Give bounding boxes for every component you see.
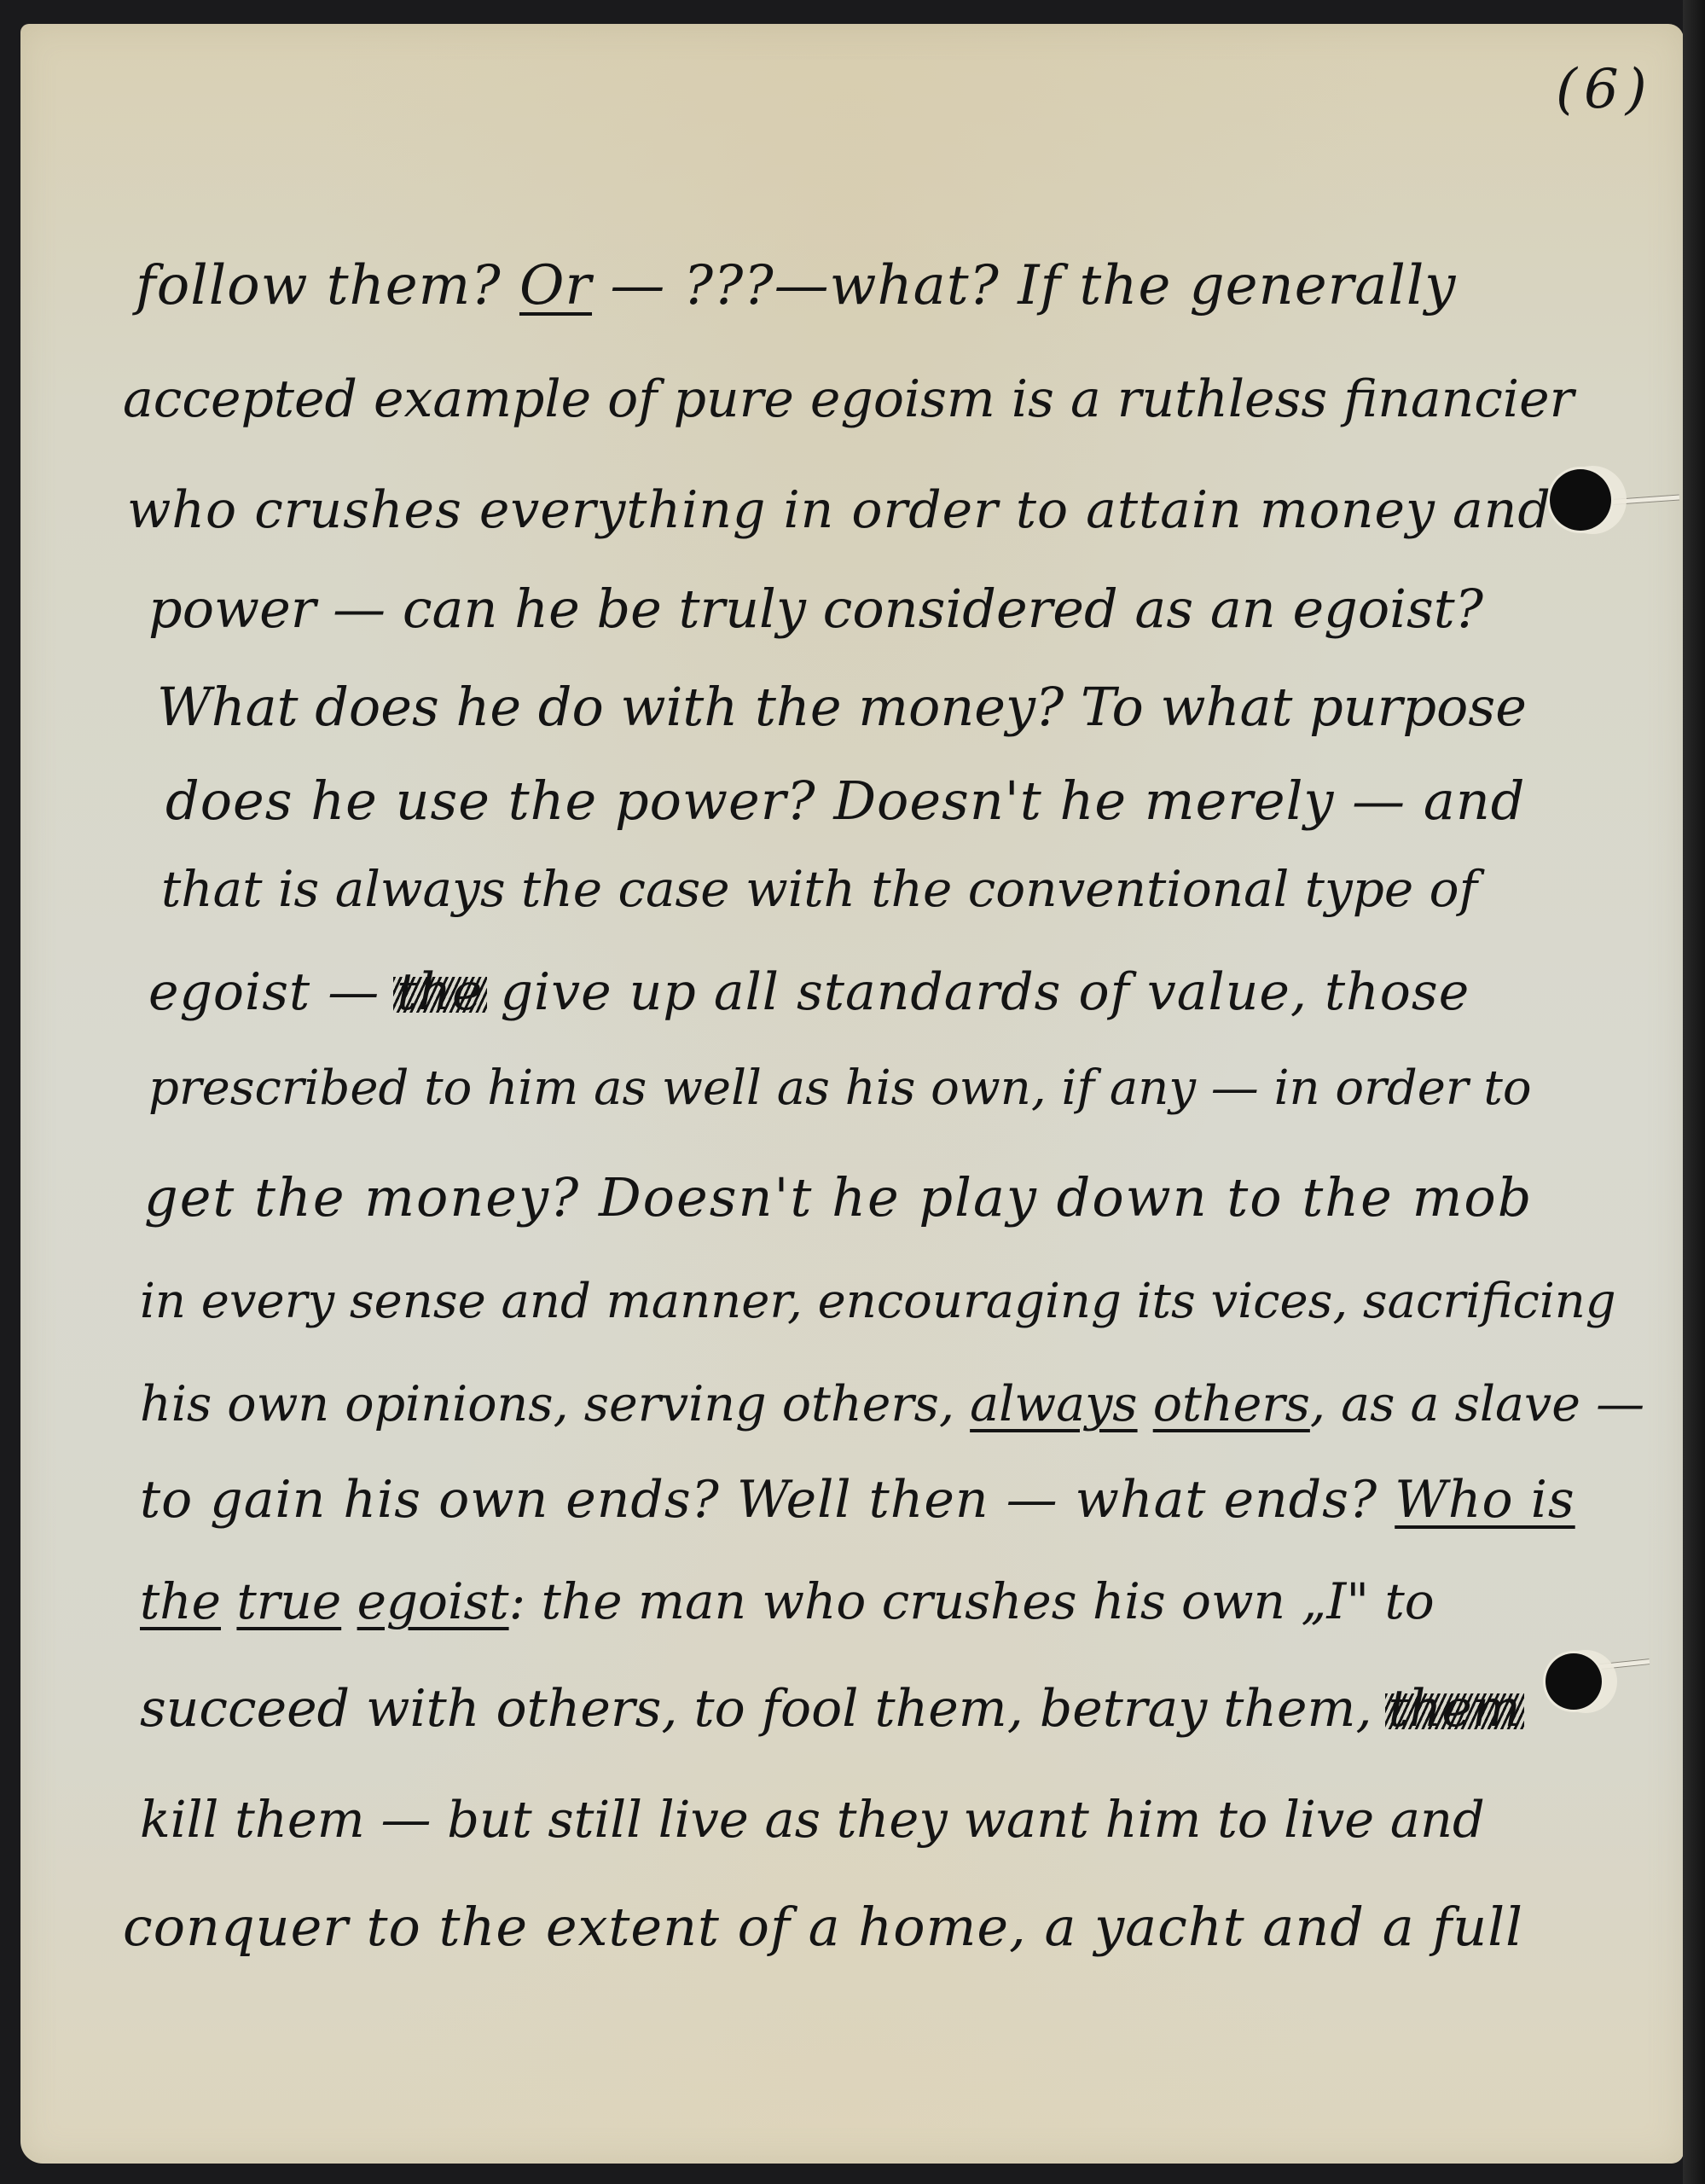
struck-out-word: them xyxy=(1389,1683,1521,1734)
line-text: does he use the power? Doesn't he merely… xyxy=(165,770,1525,832)
line-text: kill them — but still live as they want … xyxy=(140,1790,1485,1849)
line-text: get the money? Doesn't he play down to t… xyxy=(144,1166,1533,1228)
underlined-word: Who is xyxy=(1395,1470,1575,1530)
page-number: (6) xyxy=(1556,58,1654,121)
line-text: his own opinions, serving others, xyxy=(140,1376,970,1432)
underlined-word: the xyxy=(140,1572,221,1630)
line-text: power — can he be truly considered as an… xyxy=(148,578,1483,640)
manuscript-page: (6) follow them? Or — ???—what? If the g… xyxy=(20,24,1684,2164)
line-text: who crushes everything in order to attai… xyxy=(127,480,1551,540)
line-text: accepted example of pure egoism is a rut… xyxy=(123,369,1574,429)
manuscript-line-9: prescribed to him as well as his own, if… xyxy=(148,1065,1532,1112)
line-text: , as a slave — xyxy=(1310,1376,1644,1432)
line-text: follow them? xyxy=(136,254,519,317)
line-text xyxy=(1138,1376,1153,1432)
manuscript-line-12: his own opinions, serving others, always… xyxy=(140,1380,1644,1429)
manuscript-line-15: succeed with others, to fool them, betra… xyxy=(140,1683,1521,1734)
manuscript-line-17: conquer to the extent of a home, a yacht… xyxy=(123,1901,1523,1954)
manuscript-line-4: power — can he be truly considered as an… xyxy=(148,583,1483,636)
line-text: conquer to the extent of a home, a yacht… xyxy=(123,1896,1523,1958)
manuscript-line-13: to gain his own ends? Well then — what e… xyxy=(140,1474,1575,1525)
line-text: to gain his own ends? Well then — what e… xyxy=(140,1470,1395,1530)
underlined-word: true xyxy=(236,1572,341,1630)
manuscript-line-2: accepted example of pure egoism is a rut… xyxy=(123,374,1574,425)
manuscript-line-5: What does he do with the money? To what … xyxy=(157,681,1527,734)
line-text: What does he do with the money? To what … xyxy=(157,676,1527,738)
manuscript-line-14: the true egoist: the man who crushes his… xyxy=(140,1577,1435,1626)
manuscript-line-11: in every sense and manner, encouraging i… xyxy=(140,1278,1616,1326)
line-text: : the man who crushes his own „I" to xyxy=(509,1572,1435,1630)
line-text: — ???—what? If the generally xyxy=(592,254,1456,317)
underlined-word: always xyxy=(970,1376,1137,1432)
punch-hole-top xyxy=(1550,469,1611,531)
scanned-page-frame: (6) follow them? Or — ???—what? If the g… xyxy=(0,0,1705,2184)
scan-edge-shadow xyxy=(1683,0,1705,2184)
underlined-word: others xyxy=(1153,1376,1310,1432)
line-text: prescribed to him as well as his own, if… xyxy=(148,1060,1532,1116)
manuscript-line-1: follow them? Or — ???—what? If the gener… xyxy=(136,258,1456,313)
line-text: succeed with others, to fool them, betra… xyxy=(140,1679,1389,1739)
manuscript-line-8: egoist — the give up all standards of va… xyxy=(148,967,1470,1018)
line-text: in every sense and manner, encouraging i… xyxy=(140,1274,1616,1329)
manuscript-line-3: who crushes everything in order to attai… xyxy=(127,485,1551,536)
line-text: give up all standards of value, those xyxy=(484,962,1470,1022)
line-text: egoist — xyxy=(148,962,397,1022)
line-text: that is always the case with the convent… xyxy=(161,860,1477,918)
underlined-word: egoist xyxy=(357,1572,509,1630)
line-text xyxy=(341,1572,357,1630)
manuscript-line-16: kill them — but still live as they want … xyxy=(140,1794,1485,1844)
punch-hole-bottom xyxy=(1546,1653,1602,1710)
manuscript-line-7: that is always the case with the convent… xyxy=(161,864,1477,914)
underlined-word: Or xyxy=(519,254,592,317)
manuscript-line-10: get the money? Doesn't he play down to t… xyxy=(144,1171,1533,1224)
manuscript-line-6: does he use the power? Doesn't he merely… xyxy=(165,775,1525,828)
line-text xyxy=(221,1572,236,1630)
struck-out-word: the xyxy=(397,967,483,1018)
